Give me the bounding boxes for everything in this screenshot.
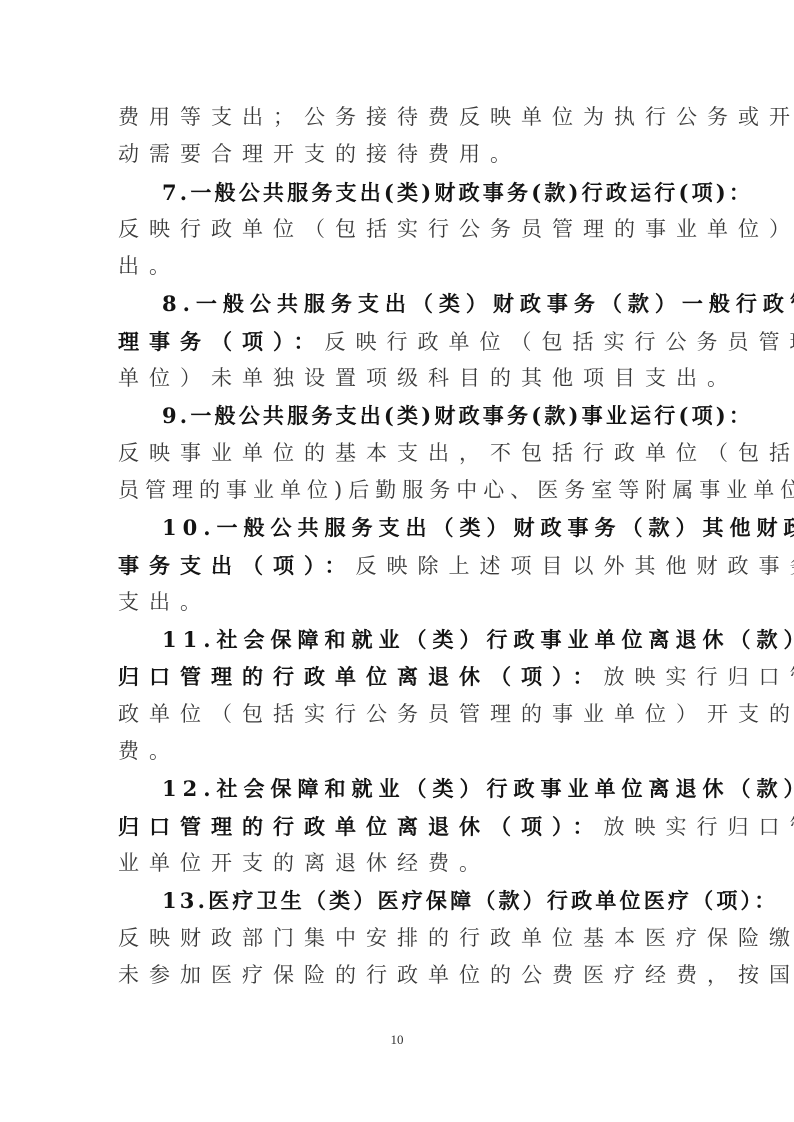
bold-heading-text: 11.社会保障和就业（类）行政事业单位离退休（款） [162,627,794,652]
paragraph-heading-line: 10.一般公共服务支出（类）财政事务（款）其他财政 [118,509,668,546]
bold-heading-text: 事务支出（项）： [118,553,356,578]
body-text-run: 反映除上述项目以外其他财政事务方面的 [356,554,794,578]
bold-heading-text: 8.一般公共服务支出（类）财政事务（款）一般行政管 [162,291,794,316]
body-text-run: 出。 [118,254,180,278]
paragraph-heading-line: 9.一般公共服务支出(类)财政事务(款)事业运行(项)： [118,397,668,434]
body-text-run: 员管理的事业单位)后勤服务中心、医务室等附属事业单位。 [118,478,794,502]
body-text-run: 放映实行归口管理的行 [604,665,794,689]
body-text-run: 反映财政部门集中安排的行政单位基本医疗保险缴费经费， [118,926,794,950]
text-line: 归口管理的行政单位离退休（项）：放映实行归口管理的行 [118,658,668,695]
paragraph-heading-line: 11.社会保障和就业（类）行政事业单位离退休（款） [118,621,668,658]
body-text-run: 费用等支出；公务接待费反映单位为执行公务或开展业务活 [118,105,794,129]
paragraph-heading-line: 8.一般公共服务支出（类）财政事务（款）一般行政管 [118,285,668,322]
body-text-run: 费。 [118,739,180,763]
bold-heading-text: 归口管理的行政单位离退休（项）： [118,664,604,689]
text-line: 动需要合理开支的接待费用。 [118,136,668,173]
paragraph-heading-line: 7.一般公共服务支出(类)财政事务(款)行政运行(项)： [118,174,668,211]
body-text-run: 动需要合理开支的接待费用。 [118,142,521,166]
body-text-run: 业单位开支的离退休经费。 [118,851,490,875]
text-line: 归口管理的行政单位离退休（项）：放映实行归口管理的事 [118,808,668,845]
text-line: 支出。 [118,584,668,621]
bold-heading-text: 13.医疗卫生（类）医疗保障（款）行政单位医疗（项）： [162,888,778,913]
bold-heading-text: 归口管理的行政单位离退休（项）： [118,814,604,839]
text-line: 未参加医疗保险的行政单位的公费医疗经费，按国家规定享 [118,957,668,994]
body-text-run: 反映行政单位（包括实行公务员管理的事业 [325,330,794,354]
body-text-run: 反映事业单位的基本支出，不包括行政单位（包括实行公务 [118,441,794,465]
body-text-run: 放映实行归口管理的事 [604,815,794,839]
page-number: 10 [0,1032,794,1048]
bold-heading-text: 7.一般公共服务支出(类)财政事务(款)行政运行(项)： [162,180,753,205]
body-text-run: 反映行政单位（包括实行公务员管理的事业单位）的基本支 [118,217,794,241]
document-page: 费用等支出；公务接待费反映单位为执行公务或开展业务活动需要合理开支的接待费用。7… [0,0,794,1122]
text-line: 反映财政部门集中安排的行政单位基本医疗保险缴费经费， [118,920,668,957]
bold-heading-text: 9.一般公共服务支出(类)财政事务(款)事业运行(项)： [162,403,753,428]
paragraph-heading-line: 13.医疗卫生（类）医疗保障（款）行政单位医疗（项）： [118,882,668,919]
text-line: 费。 [118,733,668,770]
text-line: 政单位（包括实行公务员管理的事业单位）开支的离退休经 [118,696,668,733]
text-line: 单位）未单独设置项级科目的其他项目支出。 [118,360,668,397]
body-text-run: 政单位（包括实行公务员管理的事业单位）开支的离退休经 [118,702,794,726]
text-line: 业单位开支的离退休经费。 [118,845,668,882]
paragraph-heading-line: 12.社会保障和就业（类）行政事业单位离退休（款） [118,770,668,807]
bold-heading-text: 10.一般公共服务支出（类）财政事务（款）其他财政 [162,515,794,540]
text-line: 反映事业单位的基本支出，不包括行政单位（包括实行公务 [118,435,668,472]
text-line: 理事务（项）：反映行政单位（包括实行公务员管理的事业 [118,323,668,360]
text-line: 反映行政单位（包括实行公务员管理的事业单位）的基本支 [118,211,668,248]
body-text-run: 支出。 [118,590,211,614]
bold-heading-text: 12.社会保障和就业（类）行政事业单位离退休（款） [162,776,794,801]
bold-heading-text: 理事务（项）： [118,329,325,354]
body-text: 费用等支出；公务接待费反映单位为执行公务或开展业务活动需要合理开支的接待费用。7… [118,99,668,994]
text-line: 员管理的事业单位)后勤服务中心、医务室等附属事业单位。 [118,472,668,509]
text-line: 出。 [118,248,668,285]
text-line: 费用等支出；公务接待费反映单位为执行公务或开展业务活 [118,99,668,136]
text-line: 事务支出（项）：反映除上述项目以外其他财政事务方面的 [118,547,668,584]
body-text-run: 未参加医疗保险的行政单位的公费医疗经费，按国家规定享 [118,963,794,987]
body-text-run: 单位）未单独设置项级科目的其他项目支出。 [118,366,738,390]
